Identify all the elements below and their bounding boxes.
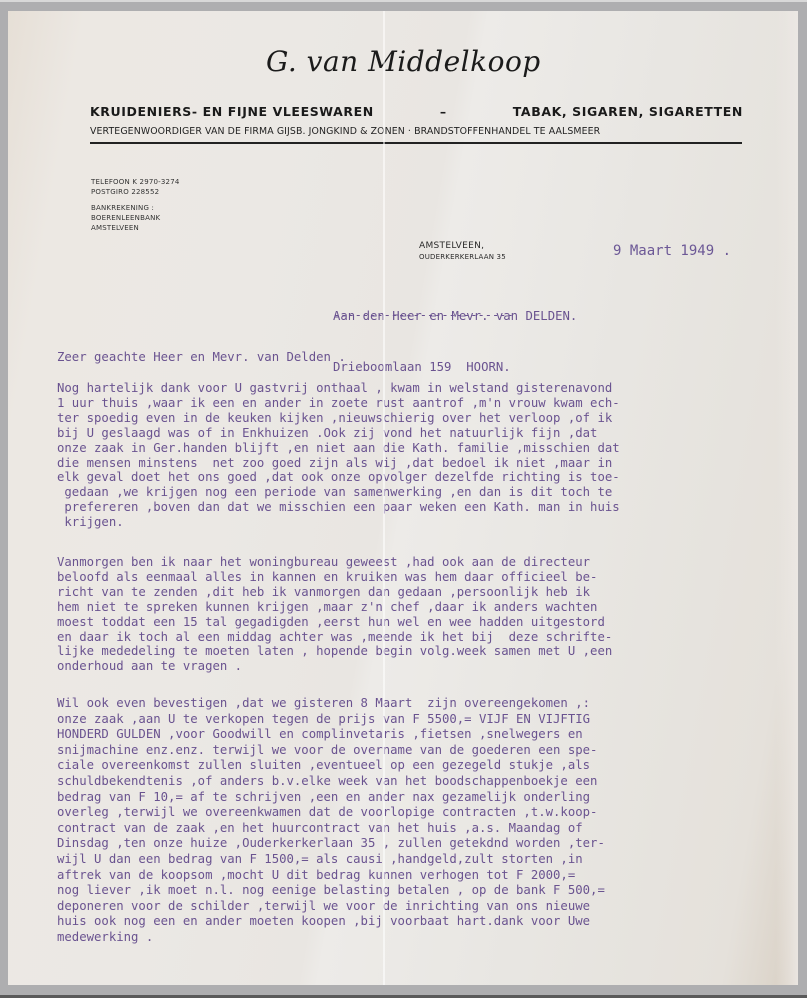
letter-line: snijmachine enz.enz. terwijl we voor de … — [57, 743, 605, 759]
bank-city: AMSTELVEEN — [91, 223, 180, 233]
letter-date: 9 Maart 1949 . — [613, 243, 731, 259]
letter-line: aftrek van de koopsom ,mocht U dit bedra… — [57, 868, 605, 884]
salutation: Zeer geachte Heer en Mevr. van Delden . — [57, 350, 346, 364]
letter-line: wijl U dan een bedrag van F 1500,= als c… — [57, 852, 605, 868]
letter-line: lijke mededeling te moeten laten , hopen… — [57, 644, 612, 659]
sender-street: OUDERKERKERLAAN 35 — [419, 253, 506, 261]
separator-line: ------------------------- — [333, 308, 514, 322]
letter-line: krijgen. — [57, 515, 620, 530]
letter-line: beloofd als eenmaal alles in kannen en k… — [57, 570, 612, 585]
letter-page: G. van Middelkoop KRUIDENIERS- EN FIJNE … — [8, 11, 798, 985]
postgiro: POSTGIRO 228552 — [91, 187, 180, 197]
contact-details: TELEFOON K 2970-3274 POSTGIRO 228552 BAN… — [91, 177, 180, 233]
letter-line: huis ook nog een en ander moeten koopen … — [57, 914, 605, 930]
sender-address: AMSTELVEEN, OUDERKERKERLAAN 35 — [419, 241, 506, 261]
letter-line: bij U geslaagd was of in Enkhuizen .Ook … — [57, 426, 620, 441]
letter-line: die mensen minstens net zoo goed zijn al… — [57, 456, 620, 471]
letter-line: schuldbekendtenis ,of anders b.v.elke we… — [57, 774, 605, 790]
letter-line: bedrag van F 10,= af te schrijven ,een e… — [57, 790, 605, 806]
letter-line: 1 uur thuis ,waar ik een en ander in zoe… — [57, 396, 620, 411]
letter-line: ter spoedig even in de keuken kijken ,ni… — [57, 411, 620, 426]
bank-label: BANKREKENING : — [91, 203, 180, 213]
letter-line: overleg ,terwijl we overeenkwamen dat de… — [57, 805, 605, 821]
letter-line: elk geval doet het ons goed ,dat ook onz… — [57, 470, 620, 485]
brand-name: G. van Middelkoop — [266, 45, 541, 78]
letter-line: Vanmorgen ben ik naar het woningbureau g… — [57, 555, 612, 570]
paper-edge — [776, 11, 798, 985]
letterhead-rule — [90, 142, 742, 144]
letter-line: prefereren ,boven dan dat we misschien e… — [57, 500, 620, 515]
paragraph-2: Vanmorgen ben ik naar het woningbureau g… — [57, 555, 612, 674]
trade-dash: – — [440, 104, 447, 119]
sender-city: AMSTELVEEN, — [419, 241, 506, 251]
trade-groceries: KRUIDENIERS- EN FIJNE VLEESWAREN — [90, 104, 374, 119]
trade-tobacco: TABAK, SIGAREN, SIGARETTEN — [513, 104, 743, 119]
letter-line: onze zaak in Ger.handen blijft ,en niet … — [57, 441, 620, 456]
paragraph-1: Nog hartelijk dank voor U gastvrij ontha… — [57, 381, 620, 530]
letter-line: en daar ik toch al een middag achter was… — [57, 630, 612, 645]
letter-line: ciale overeenkomst zullen sluiten ,event… — [57, 758, 605, 774]
letter-line: onze zaak ,aan U te verkopen tegen de pr… — [57, 712, 605, 728]
letter-line: Wil ook even bevestigen ,dat we gisteren… — [57, 696, 605, 712]
letter-line: onderhoud aan te vragen . — [57, 659, 612, 674]
trade-line: KRUIDENIERS- EN FIJNE VLEESWAREN – TABAK… — [90, 104, 743, 119]
letter-line: HONDERD GULDEN ,voor Goodwill en complin… — [57, 727, 605, 743]
recipient-street: Drieboomlaan 159 HOORN. — [333, 359, 577, 376]
bank-name: BOERENLEENBANK — [91, 213, 180, 223]
representative-line: VERTEGENWOORDIGER VAN DE FIRMA GIJSB. JO… — [90, 126, 743, 137]
letter-line: deponeren voor de schilder ,terwijl we v… — [57, 899, 605, 915]
letter-line: Dinsdag ,ten onze huize ,Ouderkerkerlaan… — [57, 836, 605, 852]
telephone: TELEFOON K 2970-3274 — [91, 177, 180, 187]
letter-line: gedaan ,we krijgen nog een periode van s… — [57, 485, 620, 500]
letter-line: contract van de zaak ,en het huurcontrac… — [57, 821, 605, 837]
letter-line: richt van te zenden ,dit heb ik vanmorge… — [57, 585, 612, 600]
letter-line: nog liever ,ik moet n.l. nog eenige bela… — [57, 883, 605, 899]
letter-line: moest toddat een 15 tal gegadigden ,eers… — [57, 615, 612, 630]
letter-line: Nog hartelijk dank voor U gastvrij ontha… — [57, 381, 620, 396]
letter-line: hem niet te spreken kunnen krijgen ,maar… — [57, 600, 612, 615]
letter-line: medewerking . — [57, 930, 605, 946]
paragraph-3: Wil ook even bevestigen ,dat we gisteren… — [57, 696, 605, 946]
